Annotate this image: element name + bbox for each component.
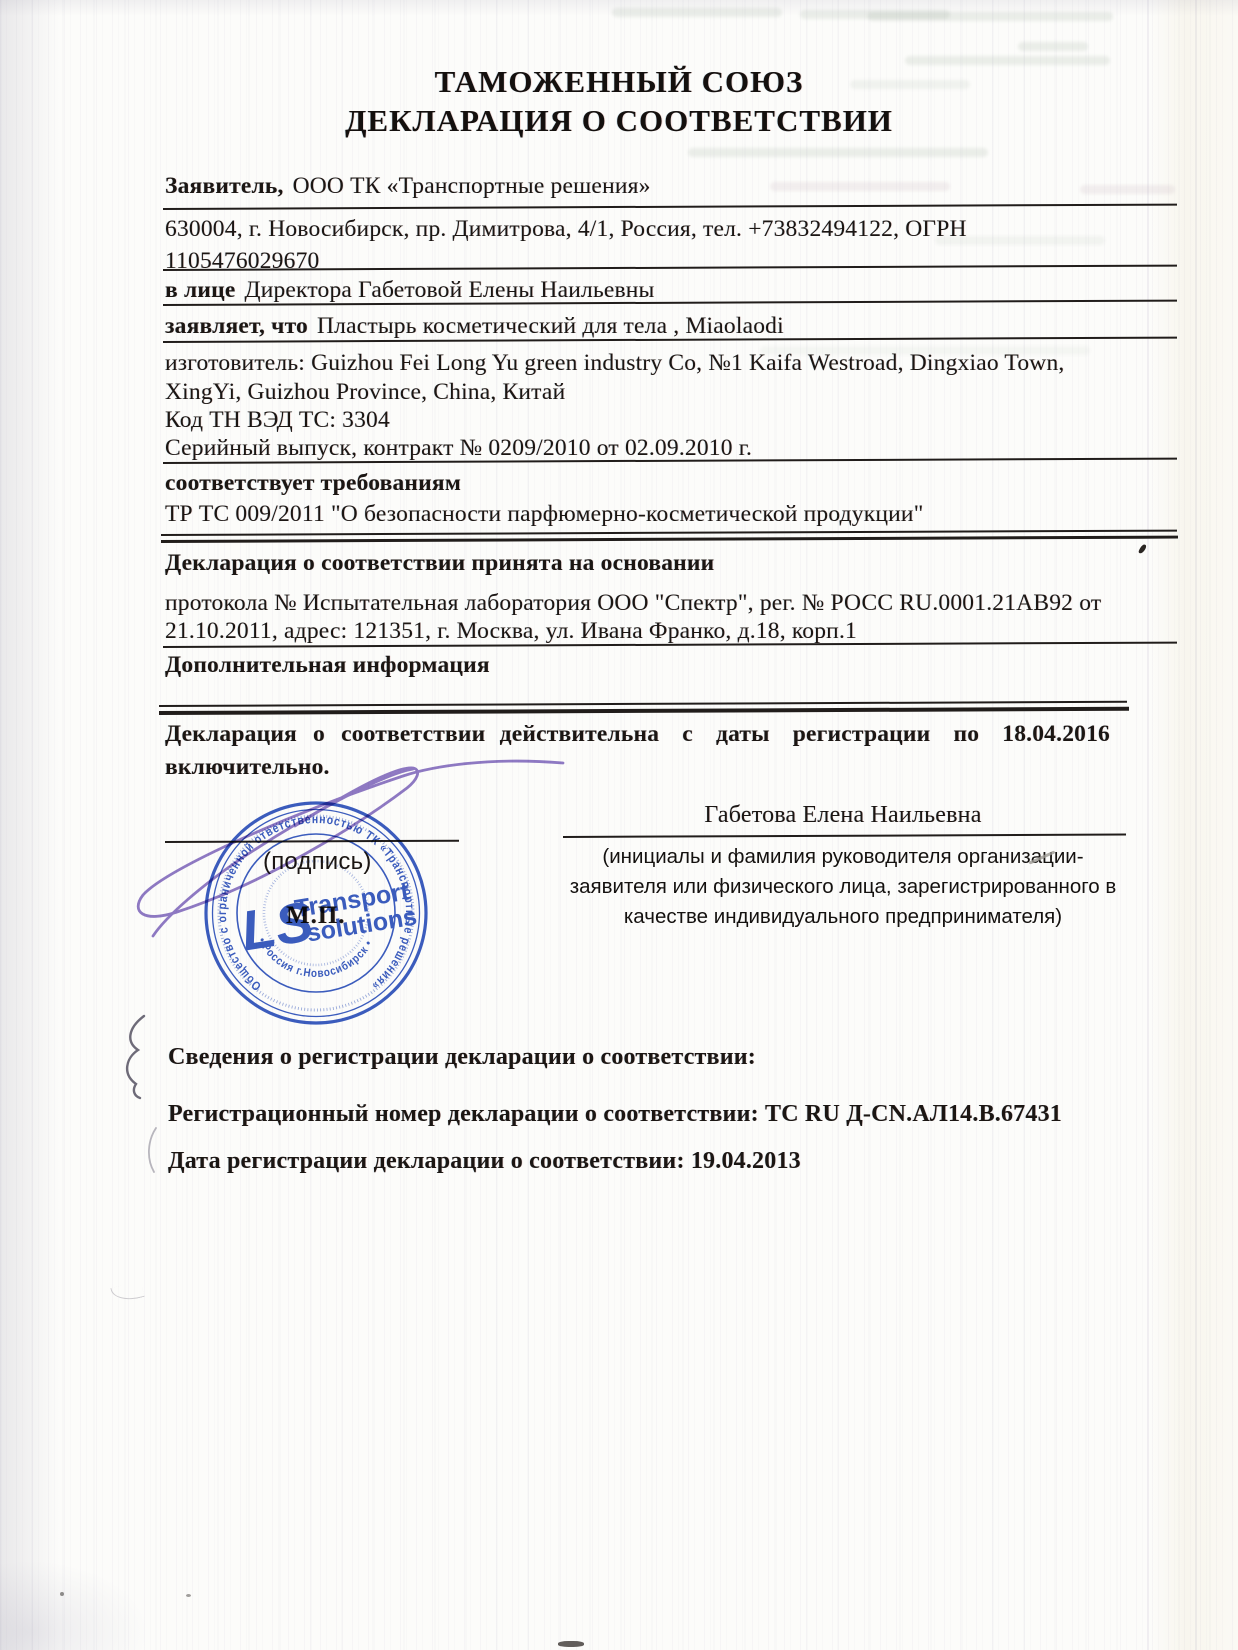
conforms-heading: соответствует требованиям bbox=[165, 469, 461, 497]
bleed-through-mark bbox=[612, 8, 782, 17]
declares-value: Пластырь косметический для тела , Miaola… bbox=[317, 313, 784, 339]
horizontal-rule bbox=[161, 536, 1178, 543]
bleed-through-mark bbox=[868, 12, 1113, 21]
head-name: Габетова Елена Наильевна bbox=[560, 801, 1126, 830]
document-title-line1: ТАМОЖЕННЫЙ СОЮЗ bbox=[0, 64, 1238, 100]
horizontal-rule bbox=[161, 530, 1177, 536]
applicant-row: Заявитель,ООО ТК «Транспортные решения» bbox=[165, 172, 651, 200]
scanned-declaration-page: ТАМОЖЕННЫЙ СОЮЗ ДЕКЛАРАЦИЯ О СООТВЕТСТВИ… bbox=[0, 0, 1238, 1650]
tnved-code-line: Код ТН ВЭД ТС: 3304 bbox=[165, 406, 390, 434]
basis-heading: Декларация о соответствии принята на осн… bbox=[165, 549, 714, 577]
registration-number-line: Регистрационный номер декларации о соотв… bbox=[168, 1100, 1062, 1129]
head-name-line bbox=[563, 834, 1126, 838]
applicant-label: Заявитель, bbox=[165, 173, 284, 199]
manufacturer-line2: XingYi, Guizhou Province, China, Китай bbox=[165, 378, 565, 406]
bleed-through-mark bbox=[1018, 42, 1088, 51]
bleed-through-mark bbox=[770, 182, 950, 191]
scan-corner-texture bbox=[0, 1560, 150, 1650]
declares-label: заявляет, что bbox=[165, 313, 308, 339]
address-line1: 630004, г. Новосибирск, пр. Димитрова, 4… bbox=[165, 215, 967, 243]
in-person-label: в лице bbox=[165, 277, 235, 303]
in-person-row: в лицеДиректора Габетовой Елены Наильевн… bbox=[165, 276, 655, 304]
scan-streak bbox=[1147, 0, 1149, 1650]
manufacturer-line1: изготовитель: Guizhou Fei Long Yu green … bbox=[165, 349, 1065, 377]
scan-streak bbox=[1195, 0, 1197, 1650]
basis-line1: протокола № Испытательная лаборатория ОО… bbox=[165, 589, 1101, 617]
document-title-line2: ДЕКЛАРАЦИЯ О СООТВЕТСТВИИ bbox=[0, 103, 1238, 139]
additional-info-heading: Дополнительная информация bbox=[165, 651, 490, 679]
applicant-value: ООО ТК «Транспортные решения» bbox=[293, 173, 651, 199]
declares-row: заявляет, чтоПластырь косметический для … bbox=[165, 312, 784, 340]
scan-smudge bbox=[186, 1594, 191, 1597]
serial-contract-line: Серийный выпуск, контракт № 0209/2010 от… bbox=[165, 434, 752, 462]
registration-heading: Сведения о регистрации декларации о соот… bbox=[168, 1043, 756, 1072]
conforms-value: ТР ТС 009/2011 "О безопасности парфюмерн… bbox=[165, 500, 924, 528]
signature-scribble bbox=[115, 740, 585, 980]
validity-part2: действительна с даты регистрации по 18.0… bbox=[500, 720, 1110, 748]
head-caption-line3: качестве индивидуального предпринимателя… bbox=[560, 902, 1126, 932]
address-line2: 1105476029670 bbox=[165, 247, 319, 275]
stray-ink-mark bbox=[1138, 543, 1147, 554]
pencil-smudge bbox=[110, 1280, 144, 1304]
bleed-through-mark bbox=[1080, 185, 1175, 194]
bleed-through-mark bbox=[688, 148, 988, 157]
registration-date-line: Дата регистрации декларации о соответств… bbox=[168, 1147, 801, 1176]
scan-smudge bbox=[558, 1641, 584, 1647]
horizontal-rule bbox=[159, 701, 1127, 707]
horizontal-rule bbox=[163, 204, 1177, 210]
basis-line2: 21.10.2011, адрес: 121351, г. Москва, ул… bbox=[165, 617, 857, 645]
head-caption-line2: заявителя или физического лица, зарегист… bbox=[560, 872, 1126, 902]
margin-pen-squiggle bbox=[112, 1008, 172, 1188]
in-person-value: Директора Габетовой Елены Наильевны bbox=[244, 277, 654, 303]
head-name-block: Габетова Елена Наильевна bbox=[560, 801, 1126, 830]
horizontal-rule bbox=[159, 707, 1129, 715]
